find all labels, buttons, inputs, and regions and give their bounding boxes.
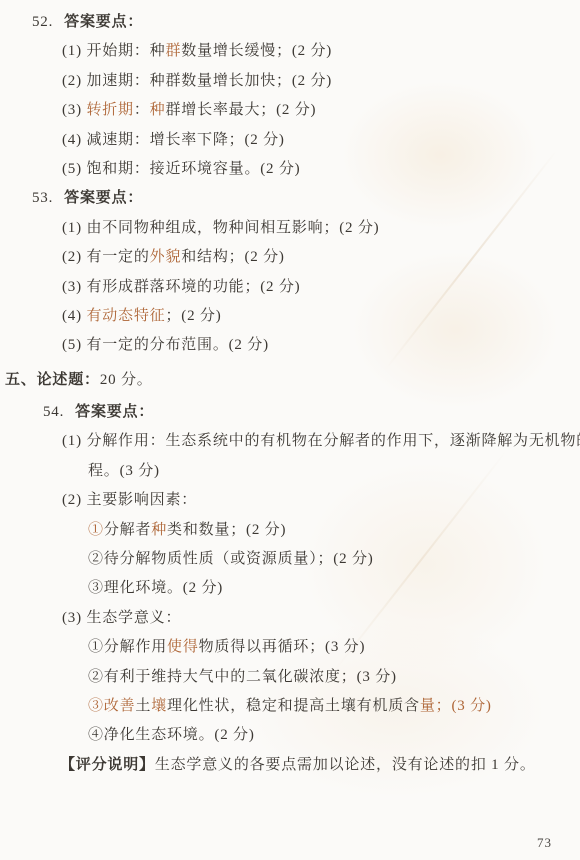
answer-subline-54-2-1: ①分解者种类和数量；(2 分) bbox=[0, 516, 580, 545]
question-title: 答案要点： bbox=[75, 404, 154, 420]
text-segment: (3) 生态学意义： bbox=[62, 610, 181, 626]
text-segment: 【评分说明】 bbox=[60, 757, 155, 773]
text-segment: 类和数量；(2 分) bbox=[167, 522, 286, 538]
question-title: 答案要点： bbox=[64, 14, 143, 30]
answer-line-52-5: (5) 饱和期：接近环境容量。(2 分) bbox=[0, 155, 580, 184]
question-52-block: 52.答案要点： (1) 开始期：种群数量增长缓慢；(2 分) (2) 加速期：… bbox=[0, 8, 580, 184]
answer-line-54-1a: (1) 分解作用：生态系统中的有机物在分解者的作用下，逐渐降解为无机物的过 bbox=[0, 427, 580, 456]
text-segment: (2) 主要影响因素： bbox=[62, 492, 197, 508]
text-segment: 有动态特征 bbox=[86, 308, 165, 324]
text-segment: 物质得以再循环；(3 分) bbox=[199, 639, 366, 655]
answer-line-53-5: (5) 有一定的分布范围。(2 分) bbox=[0, 331, 580, 360]
page-number: 73 bbox=[537, 835, 552, 851]
question-number: 53. bbox=[32, 184, 53, 213]
text-segment: ： bbox=[134, 102, 150, 118]
text-segment: 群增长率最大；(2 分) bbox=[165, 102, 316, 118]
answer-subline-54-2-2: ②待分解物质性质（或资源质量）；(2 分) bbox=[0, 545, 580, 574]
question-53-block: 53.答案要点： (1) 由不同物种组成，物种间相互影响；(2 分) (2) 有… bbox=[0, 184, 580, 360]
text-segment: 程。(3 分) bbox=[88, 463, 160, 479]
question-number: 54. bbox=[43, 398, 64, 427]
text-segment: 种 bbox=[150, 102, 166, 118]
text-segment: (3) bbox=[62, 102, 86, 118]
question-52-header: 52.答案要点： bbox=[0, 8, 580, 37]
answer-line-53-2: (2) 有一定的外貌和结构；(2 分) bbox=[0, 243, 580, 272]
text-segment: ③改善 bbox=[88, 698, 135, 714]
text-segment: (1) 开始期：种 bbox=[62, 43, 165, 59]
answer-line-52-1: (1) 开始期：种群数量增长缓慢；(2 分) bbox=[0, 37, 580, 66]
part-5-header: 五、论述题：20 分。 bbox=[0, 366, 580, 395]
text-segment: 20 分。 bbox=[100, 372, 153, 388]
answer-line-52-2: (2) 加速期：种群数量增长加快；(2 分) bbox=[0, 67, 580, 96]
text-segment: ②有利于维持大气中的二氧化碳浓度；(3 分) bbox=[88, 669, 397, 685]
answer-line-53-4: (4) 有动态特征；(2 分) bbox=[0, 302, 580, 331]
text-segment: 理化性状，稳定和提高土壤有机质含 bbox=[167, 698, 420, 714]
text-segment: (1) 分解作用：生态系统中的有机物在分解者的作用下，逐渐降解为无机物的过 bbox=[62, 433, 580, 449]
question-53-header: 53.答案要点： bbox=[0, 184, 580, 213]
answer-line-54-2: (2) 主要影响因素： bbox=[0, 486, 580, 515]
text-segment: 五、论述题： bbox=[5, 372, 100, 388]
answer-line-54-1b: 程。(3 分) bbox=[0, 457, 580, 486]
question-54-header: 54.答案要点： bbox=[0, 398, 580, 427]
text-segment: 转折期 bbox=[86, 102, 133, 118]
text-segment: ④净化生态环境。(2 分) bbox=[88, 727, 255, 743]
scanned-answer-page: 52.答案要点： (1) 开始期：种群数量增长缓慢；(2 分) (2) 加速期：… bbox=[0, 0, 580, 860]
text-segment: 生态学意义的各要点需加以论述，没有论述的扣 1 分。 bbox=[155, 757, 536, 773]
text-segment: 数量增长缓慢；(2 分) bbox=[181, 43, 332, 59]
text-segment: 群 bbox=[165, 43, 181, 59]
question-54-block: 54.答案要点： (1) 分解作用：生态系统中的有机物在分解者的作用下，逐渐降解… bbox=[0, 398, 580, 751]
answer-subline-54-3-1: ①分解作用使得物质得以再循环；(3 分) bbox=[0, 633, 580, 662]
text-segment: 土 bbox=[135, 698, 151, 714]
question-number: 52. bbox=[32, 8, 53, 37]
text-segment: ②待分解物质性质（或资源质量）；(2 分) bbox=[88, 551, 374, 567]
text-segment: ；(3 分) bbox=[436, 698, 492, 714]
text-segment: 分解者 bbox=[104, 522, 151, 538]
text-segment: (4) 减速期：增长率下降；(2 分) bbox=[62, 132, 285, 148]
answer-line-54-3: (3) 生态学意义： bbox=[0, 604, 580, 633]
text-segment: (2) 加速期：种群数量增长加快；(2 分) bbox=[62, 73, 332, 89]
text-segment: 壤 bbox=[151, 698, 167, 714]
answer-line-53-1: (1) 由不同物种组成，物种间相互影响；(2 分) bbox=[0, 214, 580, 243]
answer-line-52-4: (4) 减速期：增长率下降；(2 分) bbox=[0, 126, 580, 155]
text-segment: ；(2 分) bbox=[165, 308, 221, 324]
text-segment: 和结构；(2 分) bbox=[181, 249, 284, 265]
scoring-note: 【评分说明】生态学意义的各要点需加以论述，没有论述的扣 1 分。 bbox=[0, 751, 580, 780]
text-segment: ③理化环境。(2 分) bbox=[88, 580, 223, 596]
text-segment: ①分解作用 bbox=[88, 639, 167, 655]
text-segment: 外貌 bbox=[150, 249, 182, 265]
text-segment: (1) 由不同物种组成，物种间相互影响；(2 分) bbox=[62, 220, 379, 236]
text-segment: (3) 有形成群落环境的功能；(2 分) bbox=[62, 279, 300, 295]
text-segment: ① bbox=[88, 522, 104, 538]
text-segment: 量 bbox=[420, 698, 436, 714]
text-segment: (4) bbox=[62, 308, 86, 324]
text-segment: (5) 有一定的分布范围。(2 分) bbox=[62, 337, 269, 353]
text-segment: (2) 有一定的 bbox=[62, 249, 150, 265]
answer-subline-54-3-2: ②有利于维持大气中的二氧化碳浓度；(3 分) bbox=[0, 663, 580, 692]
answer-key-content: 52.答案要点： (1) 开始期：种群数量增长缓慢；(2 分) (2) 加速期：… bbox=[0, 0, 580, 780]
answer-subline-54-3-3: ③改善土壤理化性状，稳定和提高土壤有机质含量；(3 分) bbox=[0, 692, 580, 721]
question-title: 答案要点： bbox=[64, 190, 143, 206]
answer-line-53-3: (3) 有形成群落环境的功能；(2 分) bbox=[0, 273, 580, 302]
text-segment: 种 bbox=[151, 522, 167, 538]
answer-subline-54-2-3: ③理化环境。(2 分) bbox=[0, 574, 580, 603]
text-segment: (5) 饱和期：接近环境容量。(2 分) bbox=[62, 161, 300, 177]
answer-subline-54-3-4: ④净化生态环境。(2 分) bbox=[0, 721, 580, 750]
answer-line-52-3: (3) 转折期：种群增长率最大；(2 分) bbox=[0, 96, 580, 125]
text-segment: 使得 bbox=[167, 639, 199, 655]
